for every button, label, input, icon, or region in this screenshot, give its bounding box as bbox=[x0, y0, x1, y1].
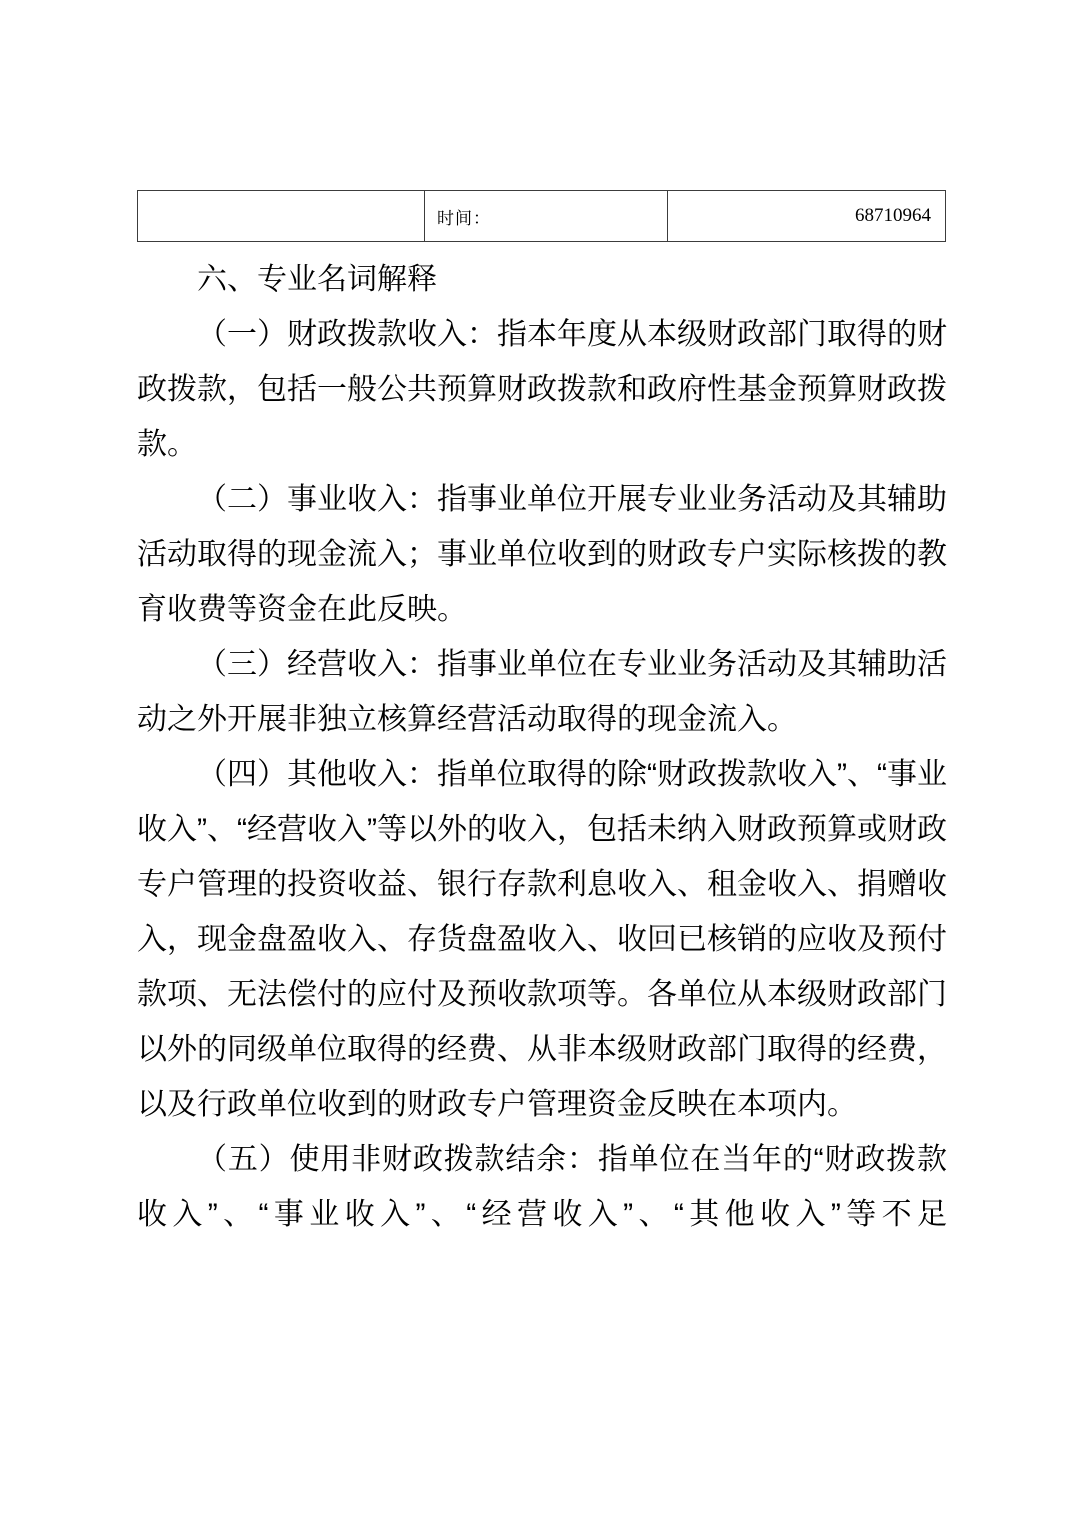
time-label-cell: 时间： bbox=[425, 191, 668, 242]
paragraph-other-income: （四）其他收入：指单位取得的除“财政拨款收入”、“事业收入”、“经营收入”等以外… bbox=[137, 747, 947, 1132]
empty-cell bbox=[138, 191, 425, 242]
paragraph-business-income: （三）经营收入：指事业单位在专业业务活动及其辅助活动之外开展非独立核算经营活动取… bbox=[137, 637, 947, 747]
table-row: 时间： 68710964 bbox=[138, 191, 946, 242]
header-info-table: 时间： 68710964 bbox=[137, 190, 946, 242]
document-content: 时间： 68710964 六、专业名词解释 （一）财政拨款收入：指本年度从本级财… bbox=[137, 0, 947, 1242]
document-number-cell: 68710964 bbox=[668, 191, 946, 242]
paragraph-non-fiscal-balance: （五）使用非财政拨款结余：指单位在当年的“财政拨款收入”、“事业收入”、“经营收… bbox=[137, 1132, 947, 1242]
section-heading: 六、专业名词解释 bbox=[137, 252, 947, 307]
document-page: { "info_table": { "cells": ["", "时间：", "… bbox=[0, 0, 1074, 1520]
paragraph-fiscal-appropriation-income: （一）财政拨款收入：指本年度从本级财政部门取得的财政拨款，包括一般公共预算财政拨… bbox=[137, 307, 947, 472]
paragraph-operating-income-institution: （二）事业收入：指事业单位开展专业业务活动及其辅助活动取得的现金流入；事业单位收… bbox=[137, 472, 947, 637]
